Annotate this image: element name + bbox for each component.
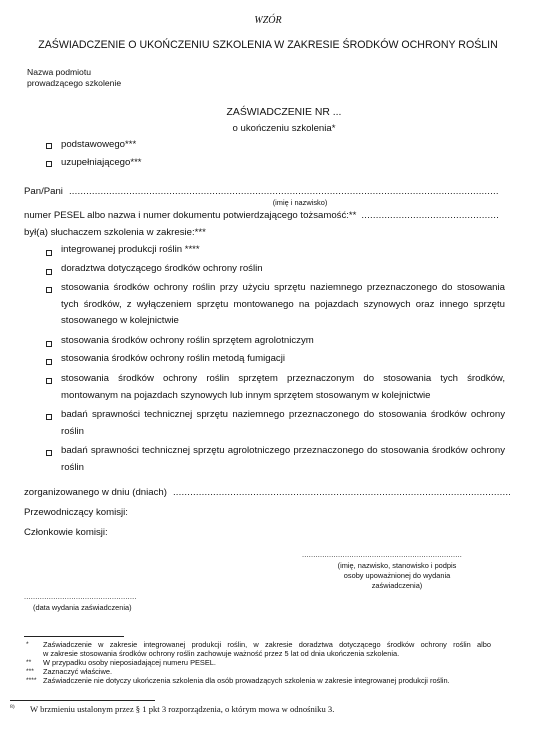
- footnote-mark: ****: [26, 676, 37, 685]
- committee-chair-label: Przewodniczący komisji:: [24, 507, 128, 518]
- footnote-4: **** Zaświadczenie nie dotyczy ukończeni…: [26, 676, 526, 685]
- signature-blank[interactable]: ........................................…: [302, 550, 492, 559]
- name-field-hint: (imię i nazwisko): [200, 198, 400, 207]
- issue-date-hint: (data wydania zaświadczenia): [33, 603, 132, 612]
- scope-option-label: stosowania środków ochrony roślin sprzęt…: [61, 370, 505, 404]
- checkbox-scope-4[interactable]: [46, 341, 52, 347]
- checkbox-scope-2[interactable]: [46, 269, 52, 275]
- name-field-blank[interactable]: ........................................…: [69, 186, 510, 197]
- checkbox-scope-3[interactable]: [46, 287, 52, 293]
- footnote-mark: ***: [26, 667, 34, 676]
- scope-option-label: badań sprawności technicznej sprzętu agr…: [61, 442, 505, 476]
- template-label: WZÓR: [0, 15, 536, 26]
- pesel-field-blank[interactable]: ........................................…: [361, 210, 510, 221]
- scope-option-label: stosowania środków ochrony roślin przy u…: [61, 280, 505, 330]
- footnote-divider: [24, 636, 124, 637]
- issuer-label-line2: prowadzącego szkolenie: [27, 78, 121, 89]
- training-date-blank[interactable]: ........................................…: [173, 487, 510, 498]
- pesel-field[interactable]: numer PESEL albo nazwa i numer dokumentu…: [24, 210, 510, 221]
- page-footnote-divider: [10, 700, 155, 701]
- footnote-text: Zaświadczenie nie dotyczy ukończenia szk…: [43, 676, 450, 685]
- footnote-text: W przypadku osoby nieposiadającej numeru…: [43, 658, 216, 667]
- signature-hint-line1: (imię, nazwisko, stanowisko i podpis: [302, 561, 492, 571]
- name-field[interactable]: Pan/Pani ...............................…: [24, 186, 510, 197]
- page-footnote-text: W brzmieniu ustalonym przez § 1 pkt 3 ro…: [30, 704, 334, 714]
- footnote-1: * Zaświadczenie w zakresie integrowanej …: [26, 640, 526, 658]
- page-footnote-mark: 8): [10, 704, 15, 710]
- certificate-subheading: o ukończeniu szkolenia*: [0, 123, 536, 134]
- footnote-text: Zaświadczenie w zakresie integrowanej pr…: [43, 640, 491, 649]
- footnote-2: ** W przypadku osoby nieposiadającej num…: [26, 658, 526, 667]
- pesel-field-label: numer PESEL albo nazwa i numer dokumentu…: [24, 210, 356, 221]
- committee-members-label: Członkowie komisji:: [24, 527, 108, 538]
- training-date-label: zorganizowanego w dniu (dniach): [24, 487, 167, 498]
- scope-option-label: stosowania środków ochrony roślin sprzęt…: [61, 333, 505, 349]
- signature-hint-line2: osoby upoważnionej do wydania: [302, 571, 492, 581]
- footnote-mark: **: [26, 658, 31, 667]
- scope-option-label: badań sprawności technicznej sprzętu naz…: [61, 406, 505, 440]
- footnote-text: w zakresie stosowania środków ochrony ro…: [43, 649, 399, 658]
- checkbox-scope-1[interactable]: [46, 250, 52, 256]
- checkbox-scope-8[interactable]: [46, 450, 52, 456]
- issuer-label-line1: Nazwa podmiotu: [27, 67, 121, 78]
- footnote-mark: *: [26, 640, 29, 649]
- checkbox-scope-7[interactable]: [46, 414, 52, 420]
- checkbox-uzupelniajacego[interactable]: [46, 161, 52, 167]
- signature-hint-line3: zaświadczenia): [302, 581, 492, 591]
- option-label: podstawowego***: [61, 139, 136, 150]
- checkbox-podstawowego[interactable]: [46, 143, 52, 149]
- scope-option-label: stosowania środków ochrony roślin metodą…: [61, 351, 505, 367]
- training-date-field[interactable]: zorganizowanego w dniu (dniach) ........…: [24, 487, 510, 498]
- signature-hint: (imię, nazwisko, stanowisko i podpis oso…: [302, 561, 492, 591]
- scope-intro: był(a) słuchaczem szkolenia w zakresie:*…: [24, 227, 206, 238]
- checkbox-scope-5[interactable]: [46, 359, 52, 365]
- issue-date-blank[interactable]: ........................................…: [24, 592, 162, 601]
- document-title: ZAŚWIADCZENIE O UKOŃCZENIU SZKOLENIA W Z…: [0, 39, 536, 51]
- checkbox-scope-6[interactable]: [46, 378, 52, 384]
- footnote-text: Zaznaczyć właściwe.: [43, 667, 112, 676]
- footnote-3: *** Zaznaczyć właściwe.: [26, 667, 526, 676]
- issuer-label: Nazwa podmiotu prowadzącego szkolenie: [27, 67, 121, 89]
- certificate-heading: ZAŚWIADCZENIE NR ...: [0, 107, 536, 118]
- scope-option-label: integrowanej produkcji roślin ****: [61, 242, 505, 258]
- scope-option-label: doradztwa dotyczącego środków ochrony ro…: [61, 261, 505, 277]
- name-field-label: Pan/Pani: [24, 186, 63, 197]
- option-label: uzupełniającego***: [61, 157, 142, 168]
